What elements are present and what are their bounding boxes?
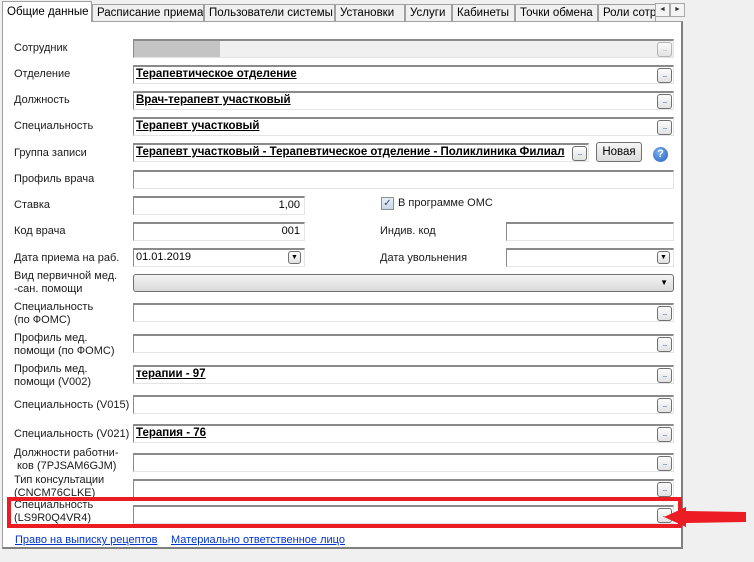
specialty-foms-ellipsis-button[interactable]: ... bbox=[657, 306, 672, 321]
doctor-profile-label: Профиль врача bbox=[14, 173, 94, 185]
profile-v002-field[interactable]: терапии - 97 bbox=[133, 365, 674, 384]
specialty-field[interactable]: Терапевт участковый bbox=[133, 117, 674, 136]
consult-type-field[interactable] bbox=[133, 479, 674, 498]
specialty-label: Специальность bbox=[14, 120, 93, 132]
positions-7pj-ellipsis-button[interactable]: ... bbox=[657, 456, 672, 471]
oms-checkbox[interactable]: ✓ bbox=[381, 197, 394, 210]
tab-strip: Общие данные Расписание приема Пользоват… bbox=[0, 0, 690, 22]
dismissal-date-label: Дата увольнения bbox=[380, 252, 467, 264]
employee-label: Сотрудник bbox=[14, 42, 67, 54]
position-ellipsis-button[interactable]: ... bbox=[657, 94, 672, 109]
specialty-v021-ellipsis-button[interactable]: ... bbox=[657, 427, 672, 442]
tab-system-users[interactable]: Пользователи системы bbox=[204, 4, 335, 21]
primary-care-type-label-2: -сан. помощи bbox=[14, 283, 82, 295]
oms-label: В программе ОМС bbox=[398, 197, 493, 209]
individual-code-input[interactable] bbox=[506, 222, 674, 241]
rate-input[interactable]: 1,00 bbox=[133, 196, 305, 215]
chevron-down-icon: ▼ bbox=[660, 278, 668, 287]
positions-7pj-field[interactable] bbox=[133, 453, 674, 472]
doctor-profile-input[interactable] bbox=[133, 170, 674, 189]
specialty-v021-field[interactable]: Терапия - 76 bbox=[133, 424, 674, 443]
department-label: Отделение bbox=[14, 68, 70, 80]
positions-7pj-label-2: ков (7PJSAM6GJM) bbox=[17, 460, 116, 472]
specialty-v015-field[interactable] bbox=[133, 395, 674, 414]
profile-foms-field[interactable] bbox=[133, 334, 674, 353]
specialty-ellipsis-button[interactable]: ... bbox=[657, 120, 672, 135]
responsible-person-link[interactable]: Материально ответственное лицо bbox=[171, 534, 345, 546]
specialty-v021-label: Специальность (V021) bbox=[14, 428, 129, 440]
rate-label: Ставка bbox=[14, 199, 50, 211]
doctor-code-label: Код врача bbox=[14, 225, 65, 237]
booking-group-field[interactable]: Терапевт участковый - Терапевтическое от… bbox=[133, 143, 589, 162]
booking-group-value[interactable]: Терапевт участковый - Терапевтическое от… bbox=[136, 146, 565, 158]
tab-settings[interactable]: Установки bbox=[335, 4, 405, 21]
help-icon[interactable]: ? bbox=[653, 147, 668, 162]
specialty-foms-label-1: Специальность bbox=[14, 301, 93, 313]
tab-scroll-right-icon[interactable]: ► bbox=[670, 3, 685, 17]
consult-type-ellipsis-button[interactable]: ... bbox=[657, 482, 672, 497]
department-field[interactable]: Терапевтическое отделение bbox=[133, 65, 674, 84]
annotation-highlight-box bbox=[7, 497, 682, 528]
specialty-v021-value[interactable]: Терапия - 76 bbox=[136, 427, 206, 439]
employee-ellipsis-button: ... bbox=[657, 42, 672, 57]
profile-v002-label-1: Профиль мед. bbox=[14, 363, 87, 375]
tab-services[interactable]: Услуги bbox=[405, 4, 452, 21]
specialty-v015-ellipsis-button[interactable]: ... bbox=[657, 398, 672, 413]
position-label: Должность bbox=[14, 94, 70, 106]
tab-employee-roles[interactable]: Роли сотрудника bbox=[598, 4, 656, 21]
profile-foms-label-2: помощи (по ФОМС) bbox=[14, 345, 115, 357]
dismissal-date-dropdown-icon[interactable]: ▼ bbox=[657, 251, 670, 264]
tab-general[interactable]: Общие данные bbox=[2, 1, 92, 22]
doctor-code-input[interactable]: 001 bbox=[133, 222, 305, 241]
individual-code-label: Индив. код bbox=[380, 225, 436, 237]
specialty-v015-label: Специальность (V015) bbox=[14, 399, 129, 411]
position-field[interactable]: Врач-терапевт участковый bbox=[133, 91, 674, 110]
hire-date-dropdown-icon[interactable]: ▼ bbox=[288, 251, 301, 264]
specialty-foms-field[interactable] bbox=[133, 303, 674, 322]
department-value[interactable]: Терапевтическое отделение bbox=[136, 68, 297, 80]
tab-rooms[interactable]: Кабинеты bbox=[452, 4, 515, 21]
profile-v002-ellipsis-button[interactable]: ... bbox=[657, 368, 672, 383]
employee-masked-value bbox=[134, 41, 220, 57]
tab-scroll-left-icon[interactable]: ◄ bbox=[655, 3, 670, 17]
tab-exchange-points[interactable]: Точки обмена bbox=[515, 4, 598, 21]
positions-7pj-label-1: Должности работни- bbox=[14, 447, 119, 459]
annotation-arrow-icon bbox=[664, 506, 750, 528]
profile-foms-label-1: Профиль мед. bbox=[14, 332, 87, 344]
booking-group-ellipsis-button[interactable]: ... bbox=[572, 146, 587, 161]
booking-group-label: Группа записи bbox=[14, 147, 87, 159]
specialty-value[interactable]: Терапевт участковый bbox=[136, 120, 259, 132]
prescription-rights-link[interactable]: Право на выписку рецептов bbox=[15, 534, 158, 546]
new-booking-group-button[interactable]: Новая bbox=[596, 142, 642, 162]
specialty-foms-label-2: (по ФОМС) bbox=[14, 314, 70, 326]
profile-v002-label-2: помощи (V002) bbox=[14, 376, 91, 388]
employee-field bbox=[133, 39, 674, 58]
profile-foms-ellipsis-button[interactable]: ... bbox=[657, 337, 672, 352]
department-ellipsis-button[interactable]: ... bbox=[657, 68, 672, 83]
position-value[interactable]: Врач-терапевт участковый bbox=[136, 94, 291, 106]
profile-v002-value[interactable]: терапии - 97 bbox=[136, 368, 206, 380]
primary-care-type-label-1: Вид первичной мед. bbox=[14, 270, 117, 282]
tab-schedule[interactable]: Расписание приема bbox=[92, 4, 204, 21]
primary-care-type-select[interactable]: ▼ bbox=[133, 274, 674, 292]
hire-date-picker[interactable]: 01.01.2019 bbox=[133, 248, 305, 267]
hire-date-label: Дата приема на раб. bbox=[14, 252, 119, 264]
dismissal-date-picker[interactable] bbox=[506, 248, 674, 267]
consult-type-label-1: Тип консультации bbox=[14, 474, 104, 486]
